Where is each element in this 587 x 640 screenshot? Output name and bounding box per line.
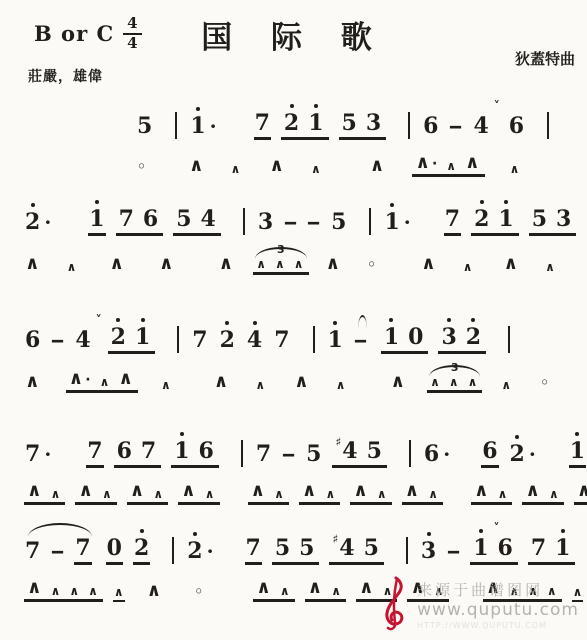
glyph: 6 [25,329,40,351]
note-digit: 2 [465,325,482,351]
articulation-caret: ∧ [213,373,230,393]
glyph: 1 [570,440,585,462]
glyph: ∧ [181,482,196,500]
watermark-url-faint: http://www.quputu.com [417,621,547,631]
glyph: 3 [421,540,436,562]
articulation-caret: ∧ [204,488,216,502]
glyph: ◦ [194,585,203,599]
glyph: 2 [474,208,489,230]
glyph: ∧ [498,488,508,500]
articulation-caret: ∧ [255,579,272,599]
octave-dot [196,107,200,111]
articulation-caret: ∧ [26,579,43,599]
articulation-caret: ∧ [576,482,587,502]
articulation-caret: ∧ [99,376,111,390]
note-digit: 5 [305,442,322,468]
dash-note: – [51,539,64,565]
score-line-3: 6–4˅2172471–1032∧∧·∧∧∧∧∧∧∧∧3∧∧∧∧◦ [24,304,573,393]
glyph: 5 [367,440,382,462]
beam-group: ∧∧ [127,482,168,505]
note-digit: ♯4 [331,536,355,562]
glyph: 1 [308,112,323,134]
glyph: ∧ [331,585,341,597]
octave-dot [471,318,475,322]
glyph: 6 [424,443,439,465]
notes-row: 2·176543––51·72153 [24,190,573,236]
note-digit: 5 [274,536,291,562]
glyph: – [51,540,65,562]
glyph: ∧ [27,482,42,500]
glyph: – [307,211,321,233]
glyph: 6 [117,440,132,462]
note-digit: 1 [554,536,571,562]
beam-group: ∧∧ [471,482,512,505]
sheet-music-page: B or C 4 4 国 际 歌 狄蓋特曲 莊嚴，雄偉 51·721536–4˅… [0,0,587,640]
articulation-caret: ∧ [464,154,481,174]
octave-dot [180,432,184,436]
note-digit: 2· [186,539,214,565]
glyph: ∧ [69,585,79,597]
glyph: 6 [199,440,214,462]
glyph: ∧ [205,488,215,500]
bar-line [409,440,411,467]
beam-group: 53 [339,111,387,140]
articulation-caret: ∧ [158,255,175,275]
bar-line [172,537,174,564]
glyph: 1 [190,115,205,137]
articulation-caret: ∧ [24,373,41,393]
note-digit: 1· [189,114,217,140]
glyph: 7 [75,537,90,559]
glyph: ∧ [114,586,124,598]
octave-dot [141,318,145,322]
articulation-caret: ∧ [87,585,99,599]
note-digit: 7 [118,207,135,233]
glyph: ◦ [367,258,376,272]
articulation-caret: ∧ [448,376,460,390]
note-digit: 1˅ [472,536,489,562]
glyph: 1˅ [473,537,488,559]
glyph: ∧ [294,258,304,270]
score-line-1: 51·721536–4˅6◦∧∧∧∧∧∧·∧∧∧ [24,94,573,177]
glyph: ∧ [51,585,61,597]
articulation-caret: ∧· [68,370,92,390]
augmentation-dot: · [443,444,450,464]
glyph: ∧ [311,163,321,175]
glyph: – [284,211,298,233]
glyph: 2 [284,112,299,134]
bar-line [406,537,408,564]
notes-row: 7·767167–5♯456·62·1 [24,422,573,468]
articulation-caret: ∧ [376,488,388,502]
composer-credit: 狄蓋特曲 [515,48,575,69]
glyph: ∧ [118,370,133,388]
glyph: ∧ [189,157,204,175]
glyph: ∧ [468,376,478,388]
rest-note: 0 [106,536,123,565]
note-digit: 3 [420,539,437,565]
note-digit: 7 [444,207,461,236]
beam-group: ♯45 [329,536,383,565]
note-digit: 4˅ [74,328,91,354]
bar-line [508,326,510,353]
beam-group: ∧∧ [24,482,65,505]
beam-group: ∧∧ [574,482,587,505]
glyph: 1 [135,326,150,348]
glyph: ∧ [302,482,317,500]
beam-group: 16 [171,439,219,468]
beam-group: 1˅6 [470,536,518,565]
glyph: ∧ [280,585,290,597]
dash-note: – [449,114,462,140]
note-digit: 7 [245,536,262,565]
articulation-caret: ∧ [255,258,267,272]
glyph: 7 [141,440,156,462]
glyph: ∧ [159,255,174,273]
tempo-expression-marking: 莊嚴，雄偉 [28,66,103,86]
note-digit: 7 [86,439,103,468]
glyph: ∧ [577,482,587,500]
glyph: 6 [498,537,513,559]
beam-group: ∧∧ [299,482,340,505]
ring-mark: ◦ [366,258,377,275]
beam-group: ∧∧ [75,482,116,505]
articulation-caret: ∧ [325,255,342,275]
glyph: 5 [342,112,357,134]
note-digit: 7 [530,536,547,562]
note-digit: 1 [134,325,151,351]
dash-note: – [307,210,320,236]
beam-group: 71 [528,536,576,565]
augmentation-dot: · [529,444,536,464]
note-digit: 1 [173,439,190,465]
augmentation-dot: · [44,212,51,232]
score-line-2: 2·176543––51·72153∧∧∧∧∧3∧∧∧∧◦∧∧∧∧ [24,190,573,275]
glyph: ∧ [474,482,489,500]
articulation-caret: ∧ [500,379,512,393]
glyph: ∧ [109,255,124,273]
glyph: ∧ [69,370,84,388]
beam-group: ∧·∧∧ [412,154,484,177]
glyph: 3 [441,326,456,348]
beam-group: 54 [173,207,221,236]
articulation-caret: ∧ [509,163,521,177]
beam-group: ∧∧ [253,579,294,602]
articulation-caret: ∧ [50,585,62,599]
beam-group: 21 [281,111,329,140]
glyph: ∧ [274,488,284,500]
beam-group: ∧∧ [402,482,443,505]
bar-line [547,112,549,139]
glyph: 2 [25,211,40,233]
time-signature-denominator: 4 [127,35,137,52]
glyph: ∧ [256,258,266,270]
time-signature-numerator: 4 [123,16,141,35]
glyph: ∧ [326,488,336,500]
beam-group: 10 [381,325,429,354]
octave-dot [225,321,229,325]
note-digit: 1 [327,328,344,354]
glyph: ∧ [130,482,145,500]
articulation-row: ∧∧·∧∧∧∧∧∧∧∧3∧∧∧∧◦ [24,361,573,393]
octave-dot [290,104,294,108]
glyph: ∧ [430,376,440,388]
note-digit: 7 [191,328,208,354]
octave-dot [193,532,197,536]
glyph: 2 [220,329,235,351]
articulation-caret: ∧ [352,482,369,502]
glyph: 1 [384,326,399,348]
octave-dot [31,203,35,207]
augmentation-dot: · [207,541,214,561]
glyph: 3 [556,208,571,230]
articulation-caret: ∧ [429,376,441,390]
key-label: B or C [34,21,114,46]
glyph: ∧ [353,482,368,500]
beam-group: 55 [272,536,320,565]
breath-mark-icon: ˅ [494,522,500,534]
octave-dot [480,200,484,204]
glyph: – [51,329,65,351]
glyph: 7 [256,443,271,465]
slur-group: – [354,314,377,354]
glyph: 5 [306,443,321,465]
beam-group: 67 [114,439,162,468]
glyph: 7 [25,443,40,465]
note-digit: 3 [365,111,382,137]
articulation-caret: ∧ [524,482,541,502]
triplet-number: 3 [277,243,285,256]
articulation-caret: ∧ [152,488,164,502]
note-digit: 6 [116,439,133,465]
watermark-source-line: 来源于曲谱图网 [417,581,543,600]
articulation-caret: ∧ [467,376,479,390]
articulation-caret: ∧ [325,488,337,502]
octave-dot [333,321,337,325]
glyph: ∧ [336,379,346,391]
note-digit: 2 [219,328,236,354]
glyph: 3 [366,112,381,134]
glyph: ∧ [428,488,438,500]
glyph: 6 [143,208,158,230]
glyph: ∧ [405,482,420,500]
beam-group: ∧∧ [178,482,219,505]
note-digit: 5 [531,207,548,233]
glyph: ∧ [275,258,285,270]
sharp-icon: ♯ [332,533,338,545]
octave-dot [427,532,431,536]
note-digit: 7 [24,539,41,565]
sharp-icon: ♯ [335,436,341,448]
glyph: 2 [466,326,481,348]
beam-group: 21 [471,207,519,236]
note-digit: ♯4 [334,439,358,465]
glyph: 5 [176,208,191,230]
glyph: ∧ [102,488,112,500]
beam-group: ♯45 [332,439,386,468]
beam-group: ∧∧ [522,482,563,505]
articulation-caret: ∧ [268,157,285,177]
glyph: 5 [532,208,547,230]
glyph: 1 [89,208,104,230]
notes-row: 51·721536–4˅6 [24,94,573,140]
augmentation-dot: · [432,157,437,171]
articulation-caret: ∧ [427,488,439,502]
key-signature: B or C 4 4 [34,16,142,52]
glyph: 5 [299,537,314,559]
articulation-caret: ∧ [188,157,205,177]
glyph: – [282,443,296,465]
glyph: 7 [255,112,270,134]
note-digit: 2 [473,207,490,233]
glyph: 7 [274,329,289,351]
dash-note: – [284,210,297,236]
dash-note: – [354,328,367,354]
glyph: 1 [174,440,189,462]
note-digit: 4 [200,207,217,233]
watermark: 来源于曲谱图网 www.quputu.com http://www.quputu… [379,576,579,636]
note-digit: 6 [142,207,159,233]
octave-dot [116,318,120,322]
glyph: ∧ [153,488,163,500]
bar-line [177,326,179,353]
articulation-caret: ∧ [129,482,146,502]
note-digit: 5 [330,210,347,236]
score-line-4: 7·767167–5♯456·62·1∧∧∧∧∧∧∧∧∧∧∧∧∧∧∧∧∧∧∧∧∧… [24,422,573,505]
articulation-caret: ∧ [250,482,267,502]
articulation-caret: ∧ [108,255,125,275]
note-digit: 3 [257,210,274,236]
octave-dot [140,529,144,533]
note-digit: 2 [133,536,150,565]
breath-mark-icon: ˅ [96,314,102,326]
articulation-caret: ∧ [301,482,318,502]
glyph: 7 [25,540,40,562]
note-digit: 6 [508,114,525,140]
articulation-caret: ∧ [420,255,437,275]
articulation-caret: ∧ [293,373,310,393]
augmentation-dot: · [44,444,51,464]
glyph: 7 [192,329,207,351]
articulation-caret: ∧ [160,379,172,393]
glyph: 4˅ [75,329,90,351]
glyph: ◦ [137,160,146,174]
articulation-caret: ∧ [548,488,560,502]
rest-note: 0 [407,325,424,351]
glyph: ∧ [251,482,266,500]
beam-group: ∧∧ [248,482,289,505]
glyph: 1 [328,329,343,351]
octave-dot [390,203,394,207]
octave-dot [253,321,257,325]
breath-mark-icon: ˅ [494,100,500,112]
notes-row: 6–4˅2172471–1032 [24,304,573,354]
octave-dot [95,200,99,204]
treble-clef-icon [379,576,413,636]
ring-mark: ◦ [136,160,147,177]
articulation-caret: ∧ [335,379,347,393]
articulation-caret: ∧ [24,255,41,275]
articulation-caret: ∧ [273,488,285,502]
glyph: 7 [246,537,261,559]
note-digit: 7 [140,439,157,465]
articulation-caret: ∧ [369,157,386,177]
articulation-caret: ∧ [146,582,163,602]
glyph: 0 [107,537,122,559]
note-digit: 1 [88,207,105,236]
glyph: – [353,329,367,351]
articulation-caret: ∧ [230,163,242,177]
octave-dot [561,529,565,533]
note-digit: 1 [497,207,514,233]
octave-dot [389,318,393,322]
articulation-caret: ∧ [274,258,286,272]
glyph: 4 [247,329,262,351]
articulation-caret: ∧ [101,488,113,502]
glyph: ∧ [255,379,265,391]
glyph: 4 [342,440,357,462]
glyph: ∧ [510,163,520,175]
bar-line [369,208,371,235]
glyph: ∧ [294,373,309,391]
note-digit: 6 [481,439,498,468]
augmentation-dot: · [404,212,411,232]
articulation-caret: ∧ [68,585,80,599]
glyph: 0 [408,326,423,348]
articulation-caret: ∧ [117,370,134,390]
glyph: 5 [364,537,379,559]
glyph: ∧ [25,255,40,273]
glyph: – [447,540,461,562]
beam-group: ∧∧ [305,579,346,602]
note-digit: 5 [175,207,192,233]
glyph: ∧ [549,488,559,500]
note-digit: 4 [246,328,263,354]
note-digit: 5 [136,114,153,140]
articulation-caret: ∧ [445,160,457,174]
note-digit: 1 [307,111,324,137]
glyph: ∧ [465,154,480,172]
time-signature: 4 4 [123,16,141,52]
note-digit: 6 [24,328,41,354]
octave-dot [314,104,318,108]
glyph: ∧ [446,160,456,172]
glyph: ∧ [100,376,110,388]
note-digit: 6· [423,442,451,468]
beam-group: 76 [116,207,164,236]
glyph: 2 [111,326,126,348]
articulation-caret: ∧ [77,482,94,502]
glyph: ∧ [231,163,241,175]
articulation-caret: ∧ [310,163,322,177]
note-digit: 6 [198,439,215,465]
bar-line [175,112,177,139]
articulation-caret: ∧ [502,255,519,275]
note-digit: 6 [497,536,514,562]
glyph: ∧ [359,579,374,597]
bar-line [408,112,410,139]
glyph: 4 [201,208,216,230]
glyph: ∧ [503,255,518,273]
note-digit: 7 [255,442,272,468]
glyph: ∧ [214,373,229,391]
glyph: ∧ [377,488,387,500]
glyph: 4 [339,537,354,559]
glyph: 6 [509,115,524,137]
glyph: ∧ [147,582,162,600]
bar-line [241,440,243,467]
glyph: 5 [331,211,346,233]
